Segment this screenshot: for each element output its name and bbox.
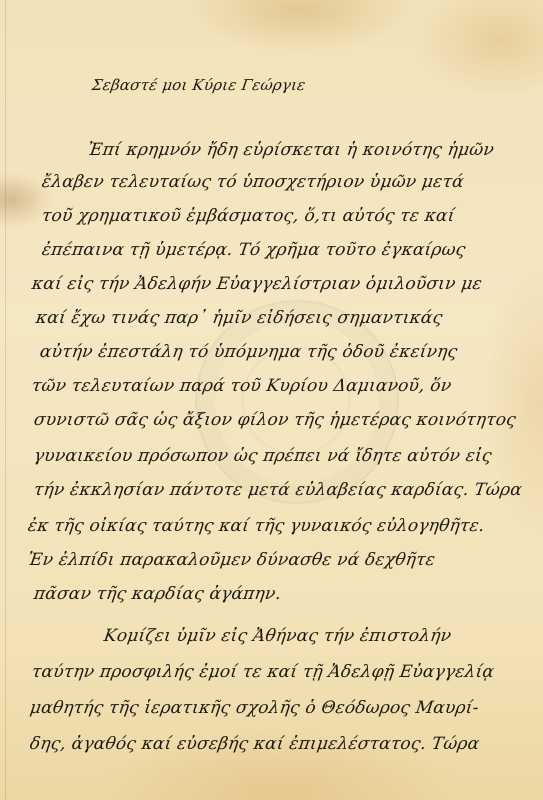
letter-line-8: τῶν τελευταίων παρά τοῦ Κυρίου Δαμιανοῦ,… — [31, 376, 453, 396]
letter-line-4: ἐπέπαινα τῇ ὑμετέρᾳ. Τό χρῆμα τοῦτο ἐγκα… — [41, 240, 467, 260]
letter-line-18: δης, ἀγαθός καί εὐσεβής καί ἐπιμελέστατο… — [29, 734, 481, 754]
letter-line-15: Κομίζει ὑμῖν εἰς Ἀθήνας τήν ἐπιστολήν — [103, 626, 453, 646]
letter-line-16: ταύτην προσφιλής ἐμοί τε καί τῇ Ἀδελφῇ Ε… — [31, 662, 496, 682]
letter-line-13: Ἐν ἐλπίδι παρακαλοῦμεν δύνασθε νά δεχθῆτ… — [27, 550, 437, 570]
letter-line-3: τοῦ χρηματικοῦ ἐμβάσματος, ὅ,τι αὐτός τε… — [41, 206, 456, 226]
salutation: Σεβαστέ μοι Κύριε Γεώργιε — [91, 76, 307, 94]
letter-line-9: συνιστῶ σᾶς ὡς ἄξιον φίλον τῆς ἡμετέρας … — [33, 410, 518, 430]
watermark-stamp — [195, 300, 399, 504]
letter-line-14: πᾶσαν τῆς καρδίας ἀγάπην. — [33, 584, 283, 604]
letter-line-17: μαθητής τῆς ἱερατικῆς σχολῆς ὁ Θεόδωρος … — [29, 698, 480, 718]
letter-line-5: καί εἰς τήν Ἀδελφήν Εὐαγγελίστριαν ὁμιλο… — [31, 274, 484, 294]
letter-line-1: Ἐπί κρημνόν ἤδη εὑρίσκεται ἡ κοινότης ἡμ… — [87, 140, 496, 160]
letter-line-11: τήν ἐκκλησίαν πάντοτε μετά εὐλαβείας καρ… — [33, 480, 524, 500]
paper-fold-line — [5, 0, 6, 800]
letter-line-10: γυναικείου πρόσωπον ὡς πρέπει νά ἴδητε α… — [33, 446, 493, 466]
letter-line-6: καί ἔχω τινάς παρ᾽ ἡμῖν εἰδήσεις σημαντι… — [35, 308, 444, 328]
letter-line-2: ἔλαβεν τελευταίως τό ὑποσχετήριον ὑμῶν μ… — [41, 172, 466, 192]
letter-line-12: ἐκ τῆς οἰκίας ταύτης καί τῆς γυναικός εὐ… — [27, 516, 486, 536]
letter-line-7: αὐτήν ἐπεστάλη τό ὑπόμνημα τῆς ὁδοῦ ἐκεί… — [39, 342, 459, 362]
letter-page: Σεβαστέ μοι Κύριε Γεώργιε Ἐπί κρημνόν ἤδ… — [0, 0, 543, 800]
